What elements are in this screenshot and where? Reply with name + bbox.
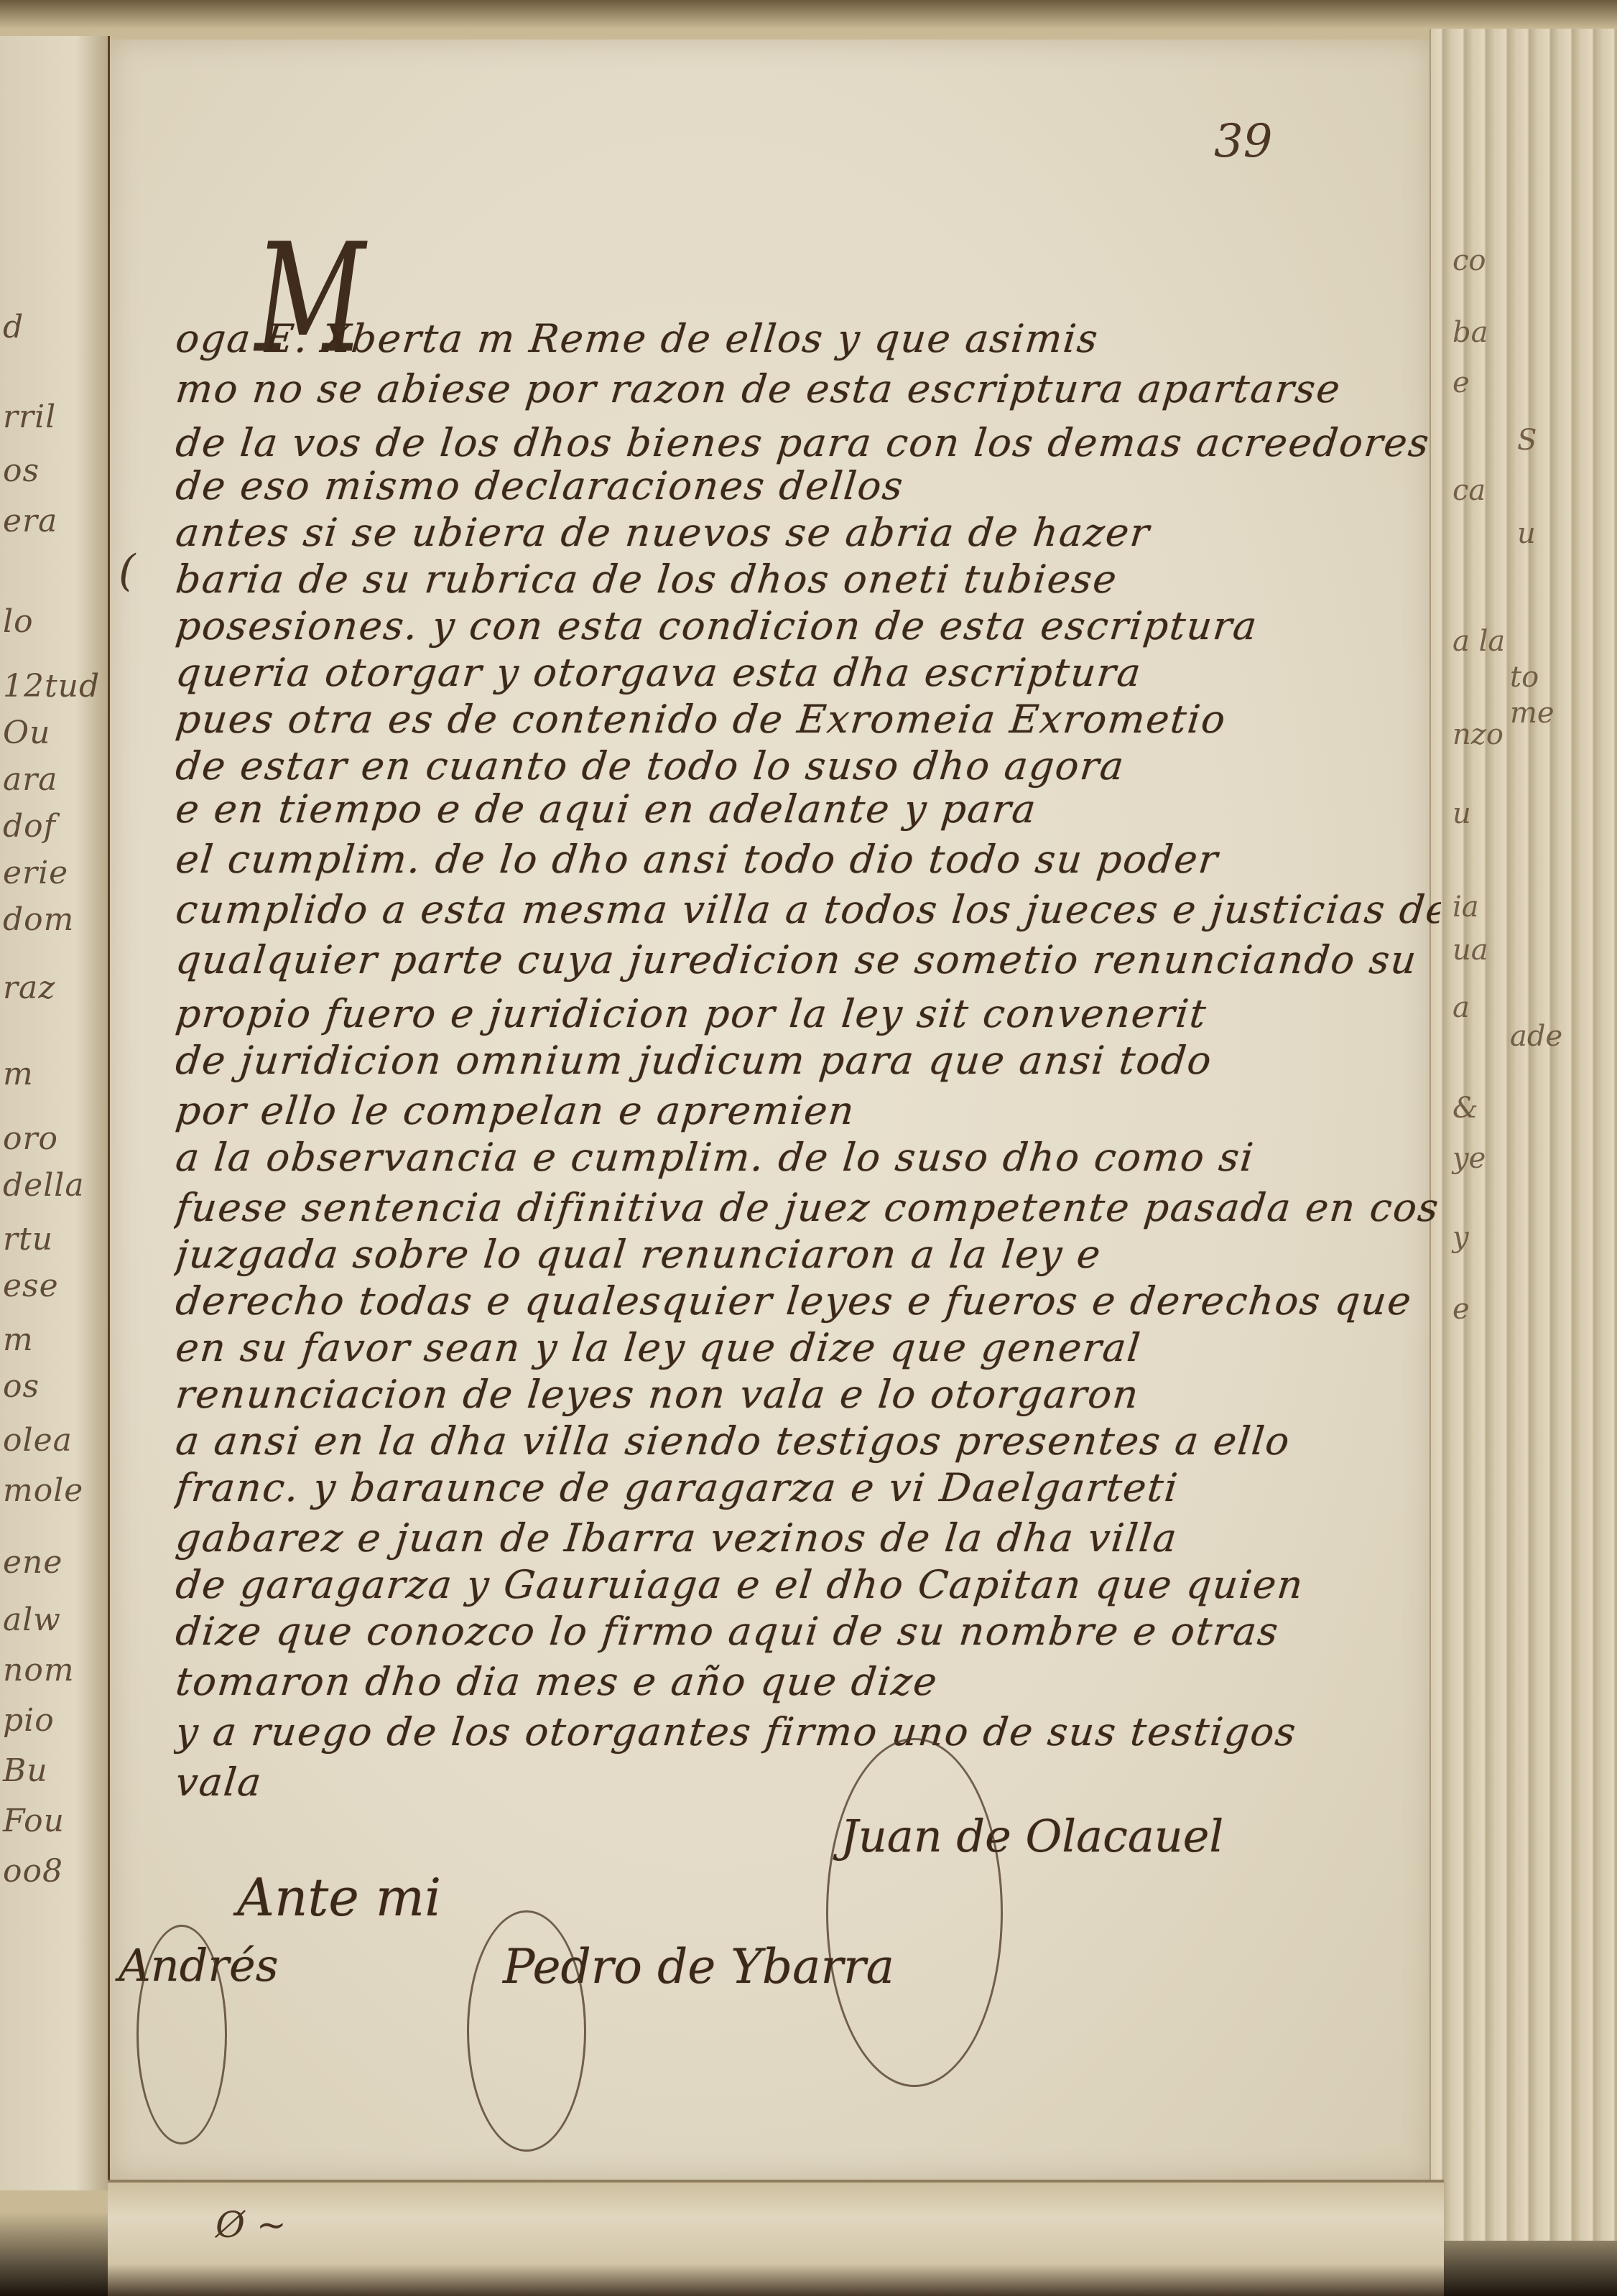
text-line: gabarez e juan de Ibarra vezinos de la d…: [174, 1515, 1443, 1561]
edge-fragment: ia: [1452, 891, 1479, 924]
text-line: oga E. Xberta m Reme de ellos y que asim…: [174, 316, 1443, 361]
left-page-fragment: olea: [3, 1422, 73, 1459]
left-facing-page: d rril os era lo 12tud Ou ara dof erie d…: [0, 36, 110, 2190]
text-line: mo no se abiese por razon de esta escrip…: [174, 366, 1443, 412]
edge-fragment: to: [1510, 661, 1539, 694]
left-page-fragment: m: [3, 1056, 34, 1092]
left-page-fragment: raz: [3, 970, 55, 1006]
left-page-fragment: dof: [3, 808, 56, 845]
page-edges-stack: co ba e S ca u a la to me nzo u ia ua a …: [1430, 29, 1617, 2241]
text-line: de garagarza y Gauruiaga e el dho Capita…: [174, 1562, 1443, 1607]
page-bottom-edge: Ø ~: [108, 2180, 1444, 2296]
edge-fragment: ua: [1452, 934, 1488, 967]
edge-fragment: ye: [1452, 1142, 1486, 1175]
edge-fragment: e: [1452, 1293, 1470, 1326]
signature-ante-mi: Ante mi: [237, 1867, 441, 1928]
left-page-fragment: 12tud: [3, 668, 100, 705]
edge-fragment: me: [1510, 697, 1555, 730]
text-line: a ansi en la dha villa siendo testigos p…: [174, 1418, 1443, 1464]
left-page-fragment: ese: [3, 1268, 59, 1304]
text-line: posesiones. y con esta condicion de esta…: [174, 603, 1443, 649]
edge-fragment: a: [1452, 991, 1470, 1024]
text-line: tomaron dho dia mes e año que dize: [174, 1659, 1443, 1704]
text-line: de la vos de los dhos bienes para con lo…: [174, 420, 1443, 465]
edge-fragment: ade: [1510, 1020, 1562, 1053]
edge-fragment: a la: [1452, 625, 1505, 658]
text-line: derecho todas e qualesquier leyes e fuer…: [174, 1278, 1443, 1324]
left-page-fragment: Fou: [3, 1803, 65, 1839]
text-line: y a ruego de los otorgantes firmo uno de…: [174, 1709, 1443, 1754]
margin-mark: (: [119, 546, 135, 596]
left-page-fragment: ene: [3, 1544, 62, 1581]
left-page-fragment: d: [3, 309, 24, 345]
text-line: en su favor sean y la ley que dize que g…: [174, 1325, 1443, 1370]
text-line: fuese sentencia difinitiva de juez compe…: [174, 1185, 1443, 1230]
left-page-fragment: nom: [3, 1652, 75, 1688]
text-line: de estar en cuanto de todo lo suso dho a…: [174, 743, 1443, 789]
bottom-mark: Ø ~: [216, 2204, 287, 2246]
edge-fragment: S: [1517, 424, 1537, 457]
text-line: propio fuero e juridicion por la ley sit…: [174, 991, 1443, 1036]
text-line: qualquier parte cuya juredicion se somet…: [174, 937, 1443, 982]
text-line: juzgada sobre lo qual renunciaron a la l…: [174, 1232, 1443, 1277]
left-page-fragment: della: [3, 1167, 85, 1204]
left-page-fragment: ara: [3, 761, 58, 798]
edge-fragment: ca: [1452, 474, 1486, 507]
edge-fragment: ba: [1452, 316, 1488, 349]
text-line: e en tiempo e de aqui en adelante y para: [174, 786, 1443, 832]
edge-fragment: u: [1517, 517, 1536, 550]
text-line: vala: [174, 1760, 1443, 1805]
edge-fragment: &: [1452, 1092, 1478, 1125]
edge-fragment: e: [1452, 366, 1470, 399]
edge-fragment: u: [1452, 797, 1471, 830]
left-page-fragment: os: [3, 1368, 40, 1405]
left-page-fragment: era: [3, 503, 57, 539]
left-page-fragment: mole: [3, 1472, 83, 1509]
left-page-fragment: dom: [3, 901, 74, 938]
text-line: a la observancia e cumplim. de lo suso d…: [174, 1135, 1443, 1180]
left-page-fragment: pio: [3, 1702, 55, 1739]
left-page-fragment: Bu: [3, 1752, 48, 1789]
edge-fragment: co: [1452, 244, 1486, 277]
edge-fragment: y: [1452, 1221, 1469, 1254]
text-line: el cumplim. de lo dho ansi todo dio todo…: [174, 837, 1443, 882]
signature-flourish: [826, 1738, 1003, 2087]
text-line: franc. y baraunce de garagarza e vi Dael…: [174, 1465, 1443, 1510]
left-page-fragment: m: [3, 1321, 34, 1358]
signature-flourish: [467, 1910, 586, 2152]
left-page-fragment: alw: [3, 1602, 61, 1638]
text-line: baria de su rubrica de los dhos oneti tu…: [174, 557, 1443, 602]
text-line: por ello le compelan e apremien: [174, 1088, 1443, 1133]
text-line: de juridicion omnium judicum para que an…: [174, 1038, 1443, 1083]
left-page-fragment: oo8: [3, 1853, 63, 1890]
left-page-fragment: lo: [3, 603, 34, 640]
text-line: antes si se ubiera de nuevos se abria de…: [174, 510, 1443, 555]
text-line: de eso mismo declaraciones dellos: [174, 463, 1443, 508]
text-line: dize que conozco lo firmo aqui de su nom…: [174, 1609, 1443, 1654]
text-line: pues otra es de contenido de Exromeia Ex…: [174, 697, 1443, 742]
left-page-fragment: Ou: [3, 715, 50, 751]
text-line: renunciacion de leyes non vala e lo otor…: [174, 1372, 1443, 1417]
edge-fragment: nzo: [1452, 718, 1504, 751]
folio-number: 39: [1214, 115, 1272, 168]
text-line: queria otorgar y otorgava esta dha escri…: [174, 650, 1443, 695]
left-page-fragment: erie: [3, 855, 68, 891]
left-page-fragment: os: [3, 452, 40, 489]
left-page-fragment: oro: [3, 1120, 58, 1157]
text-line: cumplido a esta mesma villa a todos los …: [174, 887, 1443, 932]
left-page-fragment: rtu: [3, 1221, 53, 1258]
signature-flourish: [136, 1925, 227, 2144]
left-page-fragment: rril: [3, 399, 56, 435]
